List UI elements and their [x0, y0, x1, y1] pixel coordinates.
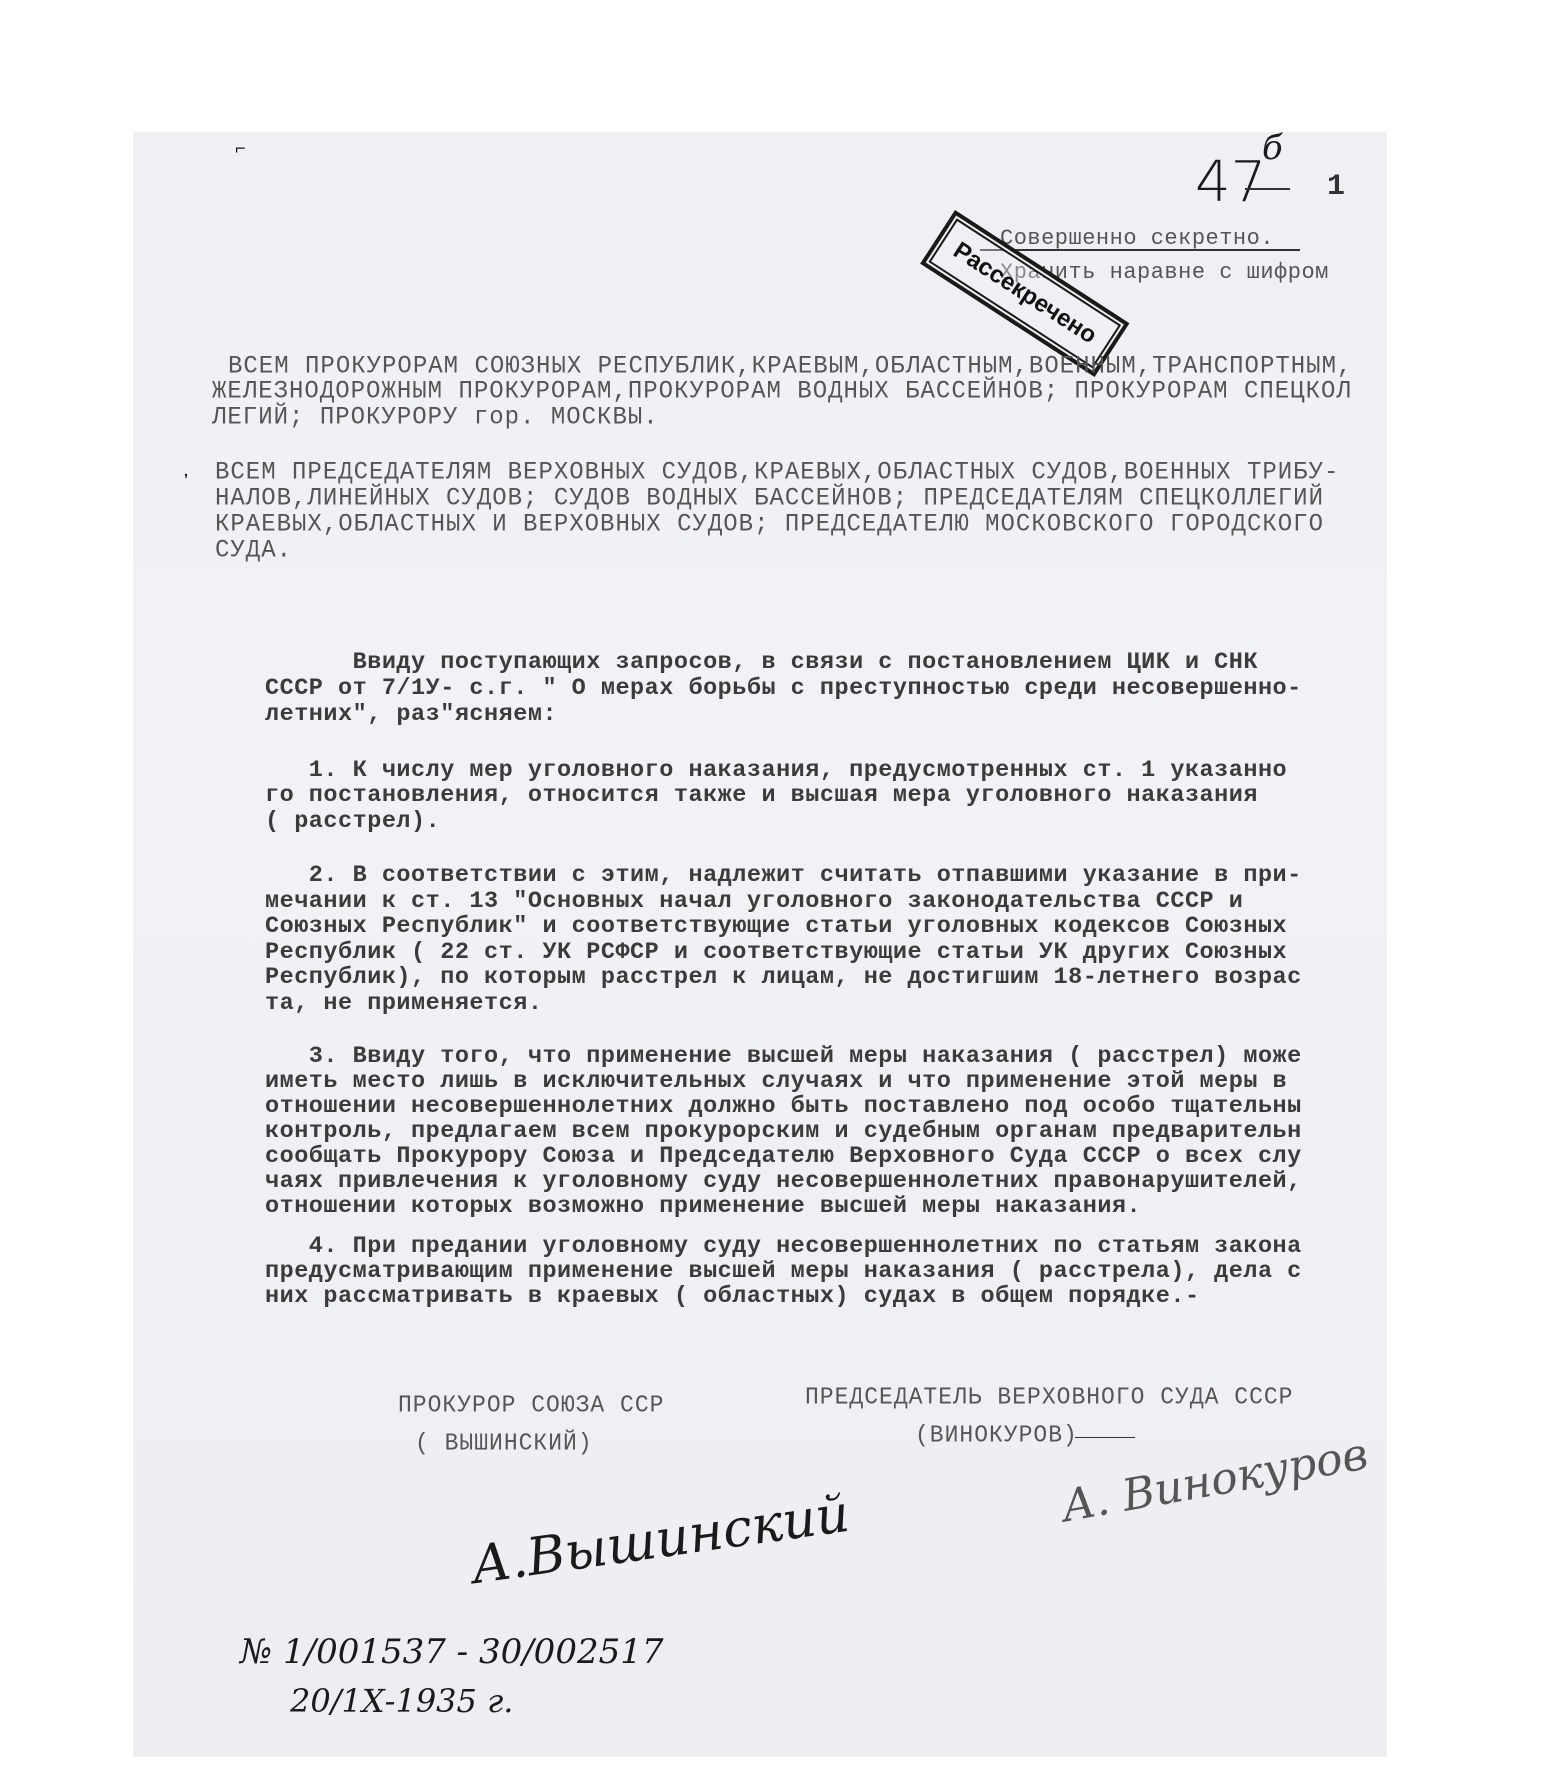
body-line: отношении которых возможно применение вы… — [265, 1194, 1141, 1220]
body-line: контроль, предлагаем всем прокурорским и… — [265, 1119, 1302, 1145]
archive-fraction-line — [1245, 188, 1290, 190]
body-line: иметь место лишь в исключительных случая… — [265, 1069, 1287, 1095]
body-line: отношении несовершеннолетних должно быть… — [265, 1094, 1302, 1120]
signatory-title: ПРОКУРОР СОЮЗА ССР — [398, 1389, 664, 1421]
body-line: них рассматривать в краевых ( областных)… — [265, 1284, 1200, 1310]
signatory-name: (ВИНОКУРОВ) — [915, 1419, 1078, 1451]
signature-dash — [1075, 1437, 1135, 1438]
body-line: Республик), по которым расстрел к лицам,… — [265, 965, 1302, 991]
addressee-line: ЛЕГИЙ; ПРОКУРОРУ гор. МОСКВЫ. — [212, 402, 659, 434]
body-line: го постановления, относится также и высш… — [265, 783, 1258, 809]
corner-mark: ⌐ — [235, 138, 246, 159]
addressee-line: СУДА. — [215, 535, 292, 567]
body-line: Союзных Республик" и соответствующие ста… — [265, 914, 1287, 940]
body-line: Ввиду поступающих запросов, в связи с по… — [265, 650, 1258, 676]
body-line: летних", раз"ясняем: — [265, 702, 557, 728]
body-line: 4. При предании уголовному суду несоверш… — [265, 1234, 1302, 1260]
signatory-title: ПРЕДСЕДАТЕЛЬ ВЕРХОВНОГО СУДА СССР — [805, 1381, 1293, 1413]
classification-underline — [980, 249, 1300, 251]
body-line: ( расстрел). — [265, 809, 440, 835]
body-line: предусматривающим применение высшей меры… — [265, 1259, 1302, 1285]
body-line: 2. В соответствии с этим, надлежит счита… — [265, 863, 1302, 889]
body-line: та, не применяется. — [265, 991, 542, 1017]
body-line: Республик ( 22 ст. УК РСФСР и соответств… — [265, 940, 1287, 966]
body-line: СССР от 7/1У- с.г. " О мерах борьбы с пр… — [265, 676, 1302, 702]
signatory-name: ( ВЫШИНСКИЙ) — [415, 1427, 593, 1459]
archive-suffix: б — [1262, 128, 1283, 168]
registration-number: № 1/001537 - 30/002517 — [240, 1632, 663, 1672]
body-line: 1. К числу мер уголовного наказания, пре… — [265, 758, 1287, 784]
page-number: 1 — [1327, 170, 1346, 204]
body-line: мечании к ст. 13 "Основных начал уголовн… — [265, 889, 1243, 915]
body-line: 3. Ввиду того, что применение высшей мер… — [265, 1044, 1302, 1070]
archive-number: 47 — [1195, 150, 1266, 215]
body-line: сообщать Прокурору Союза и Председателю … — [265, 1144, 1302, 1170]
registration-date: 20/1Х-1935 г. — [290, 1682, 513, 1720]
body-line: чаях привлечения к уголовному суду несов… — [265, 1169, 1302, 1195]
margin-dot: , — [184, 463, 188, 479]
addressee-line: КРАЕВЫХ,ОБЛАСТНЫХ И ВЕРХОВНЫХ СУДОВ; ПРЕ… — [215, 509, 1324, 541]
classification-label: Совершенно секретно. — [1000, 226, 1274, 251]
